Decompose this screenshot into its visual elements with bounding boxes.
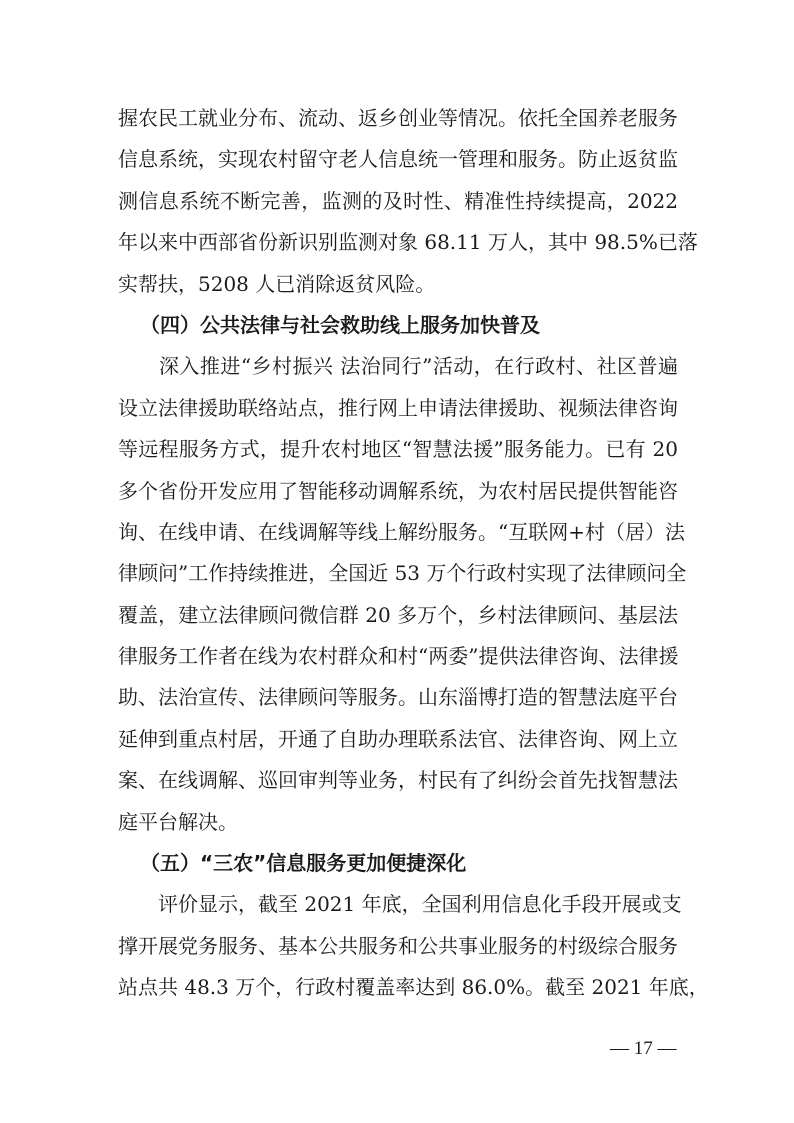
text-line: 实帮扶，5208 人已消除返贫风险。 bbox=[118, 264, 678, 305]
text-line: 年以来中西部省份新识别监测对象 68.11 万人，其中 98.5%已落 bbox=[118, 222, 678, 263]
text-line: 助、法治宣传、法律顾问等服务。山东淄博打造的智慧法庭平台 bbox=[118, 677, 678, 718]
section-heading-5: （五）“三农”信息服务更加便捷深化 bbox=[118, 843, 678, 884]
text-line: 覆盖，建立法律顾问微信群 20 多万个，乡村法律顾问、基层法 bbox=[118, 595, 678, 636]
text-line: 深入推进“乡村振兴 法治同行”活动，在行政村、社区普遍 bbox=[118, 346, 678, 387]
page-number: — 17 — bbox=[610, 1038, 677, 1060]
text-line: 询、在线申请、在线调解等线上解纷服务。“互联网+村（居）法 bbox=[118, 512, 678, 553]
text-line: 律服务工作者在线为农村群众和村“两委”提供法律咨询、法律援 bbox=[118, 636, 678, 677]
section-heading-4: （四）公共法律与社会救助线上服务加快普及 bbox=[118, 305, 678, 346]
text-line: 评价显示，截至 2021 年底，全国利用信息化手段开展或支 bbox=[118, 884, 678, 925]
text-line: 握农民工就业分布、流动、返乡创业等情况。依托全国养老服务 bbox=[118, 98, 678, 139]
text-line: 庭平台解决。 bbox=[118, 802, 678, 843]
text-line: 站点共 48.3 万个，行政村覆盖率达到 86.0%。截至 2021 年底， bbox=[118, 967, 678, 1008]
document-page: 握农民工就业分布、流动、返乡创业等情况。依托全国养老服务 信息系统，实现农村留守… bbox=[118, 98, 678, 1009]
text-line: 测信息系统不断完善，监测的及时性、精准性持续提高，2022 bbox=[118, 181, 678, 222]
text-line: 律顾问”工作持续推进，全国近 53 万个行政村实现了法律顾问全 bbox=[118, 553, 678, 594]
text-line: 延伸到重点村居，开通了自助办理联系法官、法律咨询、网上立 bbox=[118, 719, 678, 760]
text-line: 信息系统，实现农村留守老人信息统一管理和服务。防止返贫监 bbox=[118, 139, 678, 180]
text-line: 撑开展党务服务、基本公共服务和公共事业服务的村级综合服务 bbox=[118, 926, 678, 967]
text-line: 等远程服务方式，提升农村地区“智慧法援”服务能力。已有 20 bbox=[118, 429, 678, 470]
text-line: 案、在线调解、巡回审判等业务，村民有了纠纷会首先找智慧法 bbox=[118, 760, 678, 801]
text-line: 设立法律援助联络站点，推行网上申请法律援助、视频法律咨询 bbox=[118, 388, 678, 429]
text-line: 多个省份开发应用了智能移动调解系统，为农村居民提供智能咨 bbox=[118, 471, 678, 512]
